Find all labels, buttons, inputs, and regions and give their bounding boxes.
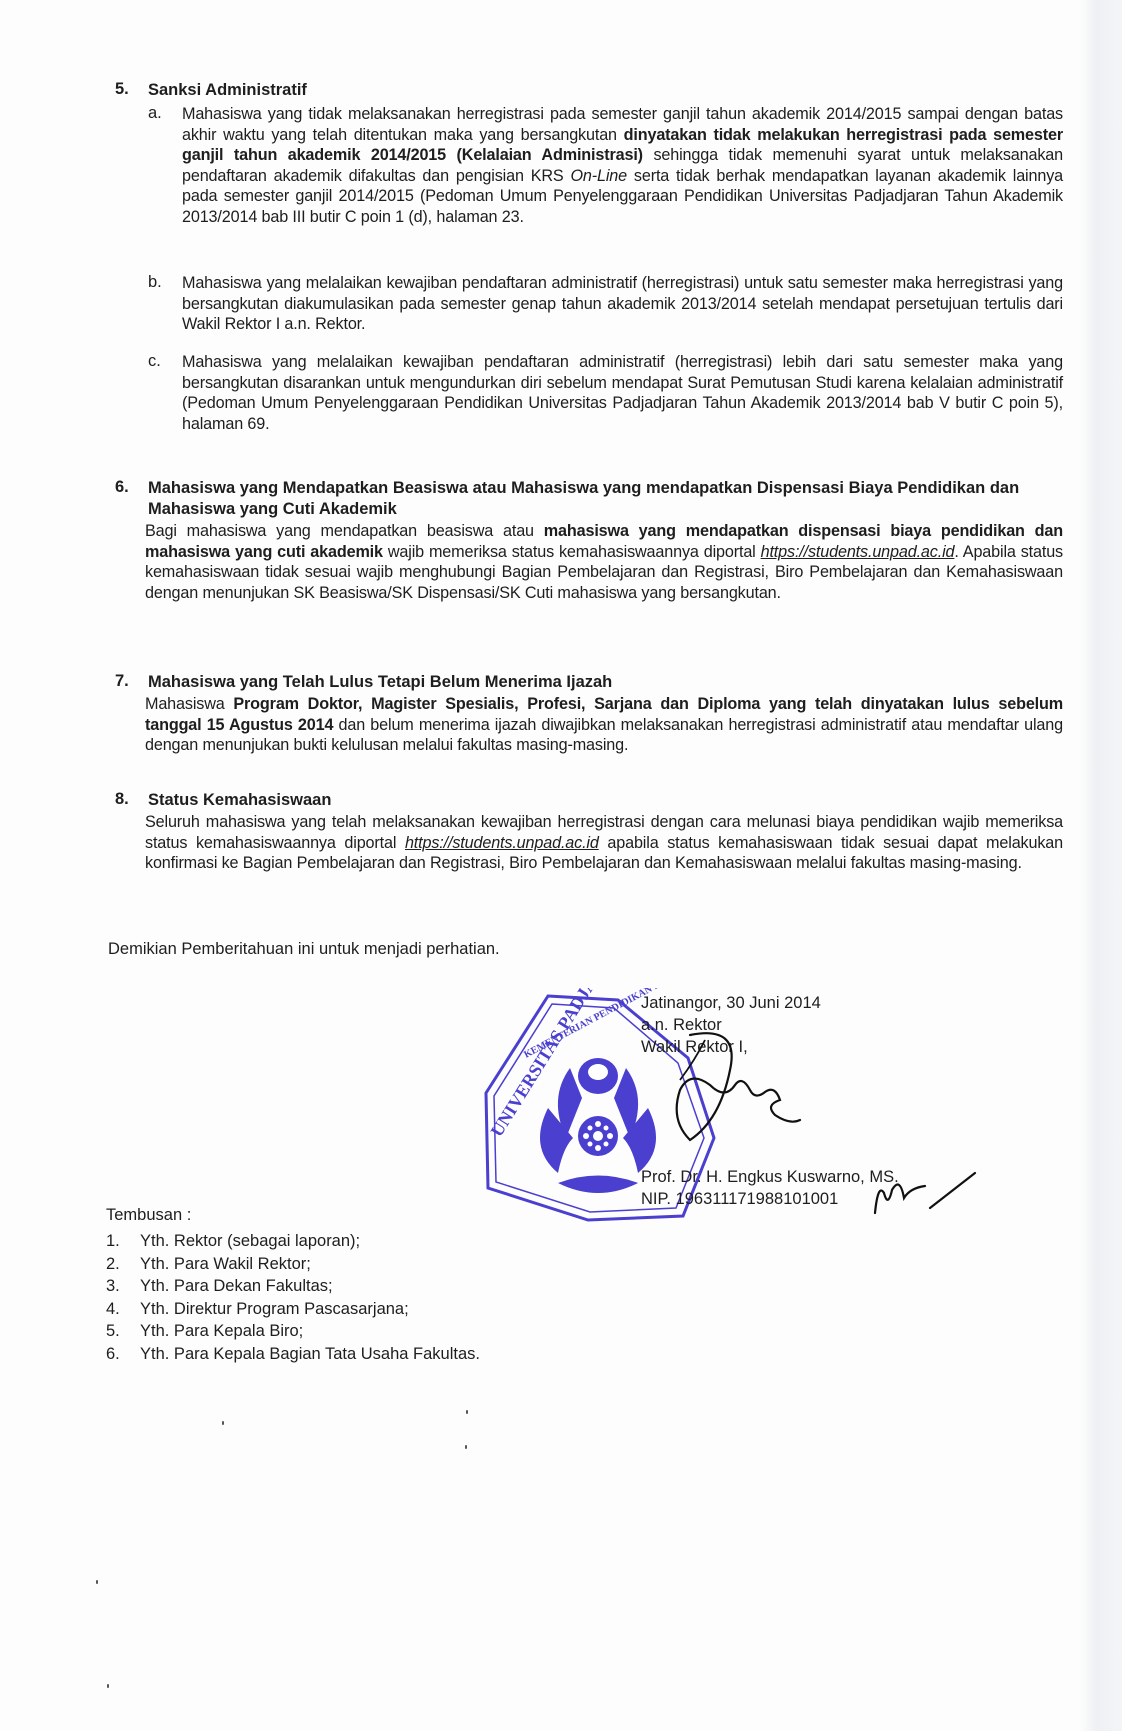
- section-6-text: Bagi mahasiswa yang mendapatkan beasiswa…: [145, 521, 1063, 603]
- item-number: 5.: [106, 1320, 140, 1343]
- section-7-text: Mahasiswa Program Doktor, Magister Spesi…: [145, 694, 1063, 756]
- item-number: 2.: [106, 1253, 140, 1276]
- portal-link[interactable]: https://students.unpad.ac.id: [405, 834, 599, 852]
- list-item: 1.Yth. Rektor (sebagai laporan);: [106, 1230, 480, 1253]
- item-number: 6.: [106, 1343, 140, 1366]
- item-text: Yth. Para Wakil Rektor;: [140, 1253, 311, 1276]
- item-text: Yth. Para Kepala Biro;: [140, 1320, 303, 1343]
- section-number: 8.: [115, 790, 129, 809]
- list-item: 5.Yth. Para Kepala Biro;: [106, 1320, 480, 1343]
- item-text: Yth. Para Kepala Bagian Tata Usaha Fakul…: [140, 1343, 480, 1366]
- item-marker: b.: [148, 273, 162, 292]
- section-title: Status Kemahasiswaan: [148, 790, 1063, 811]
- item-text: Yth. Direktur Program Pascasarjana;: [140, 1298, 409, 1321]
- item-number: 3.: [106, 1275, 140, 1298]
- item-text: Yth. Para Dekan Fakultas;: [140, 1275, 333, 1298]
- item-text: Yth. Rektor (sebagai laporan);: [140, 1230, 360, 1253]
- list-item: 6.Yth. Para Kepala Bagian Tata Usaha Fak…: [106, 1343, 480, 1366]
- document-page: 5. Sanksi Administratif a. Mahasiswa yan…: [0, 0, 1122, 1731]
- section-5c-text: Mahasiswa yang melalaikan kewajiban pend…: [182, 352, 1063, 434]
- signatory-name: Prof. Dr. H. Engkus Kuswarno, MS.: [641, 1166, 899, 1188]
- section-5b-text: Mahasiswa yang melalaikan kewajiban pend…: [182, 273, 1063, 335]
- list-item: 2.Yth. Para Wakil Rektor;: [106, 1253, 480, 1276]
- closing-statement: Demikian Pemberitahuan ini untuk menjadi…: [108, 940, 500, 959]
- scan-speck: [466, 1410, 468, 1414]
- portal-link[interactable]: https://students.unpad.ac.id: [761, 543, 955, 561]
- place-date: Jatinangor, 30 Juni 2014: [641, 992, 821, 1014]
- section-number: 5.: [115, 80, 129, 99]
- scan-speck: [222, 1421, 224, 1425]
- item-marker: a.: [148, 104, 162, 123]
- section-8-text: Seluruh mahasiswa yang telah melaksanaka…: [145, 812, 1063, 874]
- scan-speck: [96, 1580, 98, 1584]
- section-number: 7.: [115, 672, 129, 691]
- section-title: Mahasiswa yang Mendapatkan Beasiswa atau…: [148, 478, 1063, 520]
- item-marker: c.: [148, 352, 161, 371]
- scan-speck: [465, 1445, 467, 1449]
- handwritten-signature-icon: [650, 1030, 850, 1150]
- item-number: 1.: [106, 1230, 140, 1253]
- item-number: 4.: [106, 1298, 140, 1321]
- section-title: Sanksi Administratif: [148, 80, 1063, 101]
- scan-speck: [107, 1684, 109, 1688]
- list-item: 4.Yth. Direktur Program Pascasarjana;: [106, 1298, 480, 1321]
- signatory-nip: NIP. 196311171988101001: [641, 1188, 838, 1210]
- initial-paraf-icon: [870, 1168, 990, 1228]
- list-item: 3.Yth. Para Dekan Fakultas;: [106, 1275, 480, 1298]
- section-number: 6.: [115, 478, 129, 497]
- carbon-copy-title: Tembusan :: [106, 1206, 191, 1225]
- carbon-copy-list: 1.Yth. Rektor (sebagai laporan); 2.Yth. …: [106, 1230, 480, 1365]
- section-5a-text: Mahasiswa yang tidak melaksanakan herreg…: [182, 104, 1063, 228]
- section-title: Mahasiswa yang Telah Lulus Tetapi Belum …: [148, 672, 1063, 693]
